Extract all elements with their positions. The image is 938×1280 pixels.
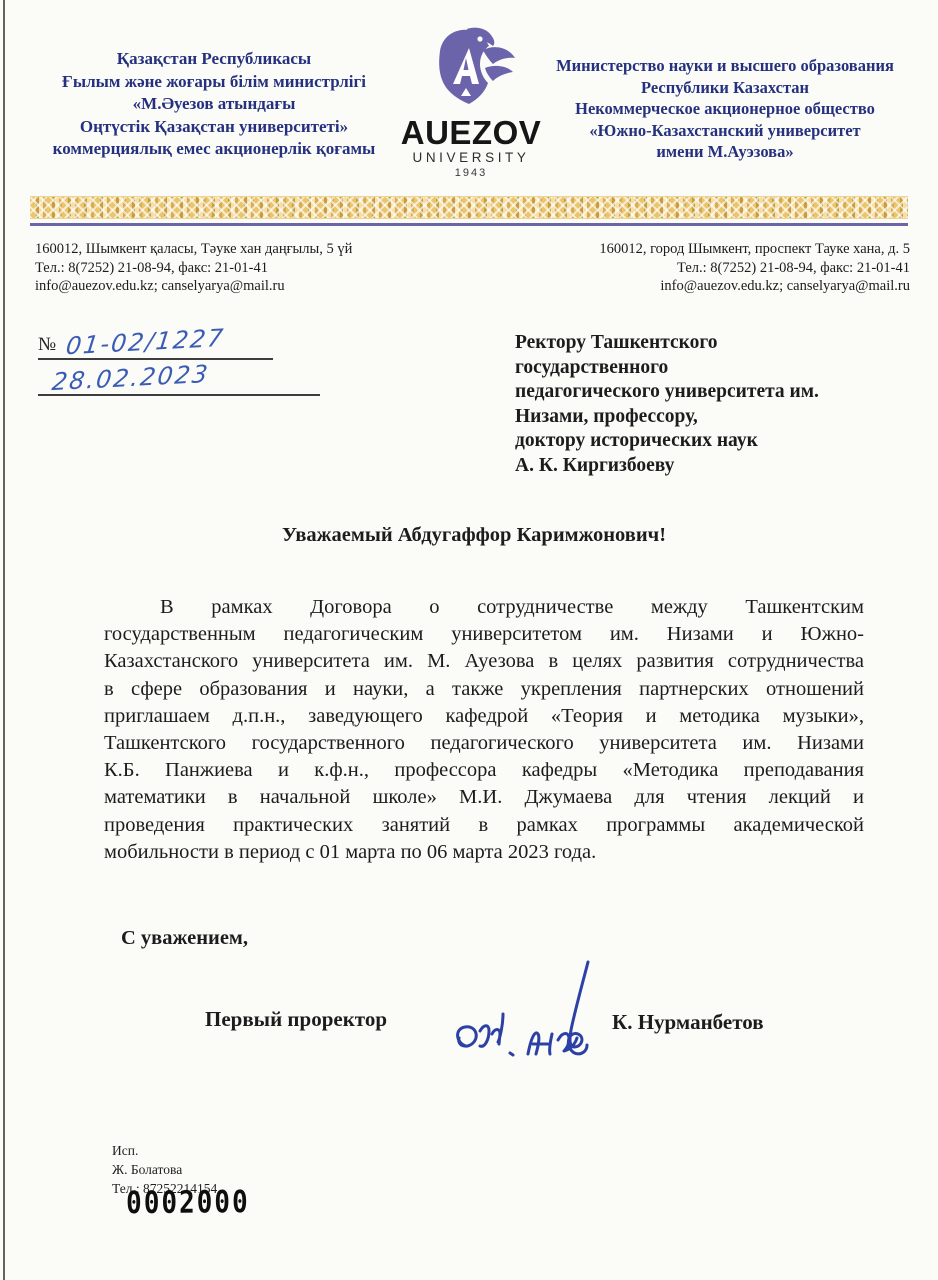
org-ru-line: имени М.Ауэзова»: [526, 141, 924, 163]
body-line: приглашаем д.п.н., заведующего кафедрой …: [104, 705, 864, 732]
org-kk-line: Қазақстан Республикасы: [28, 48, 400, 71]
closing-phrase: С уважением,: [121, 927, 248, 950]
body-line: в сфере образования и науки, а также укр…: [104, 678, 864, 705]
org-kk-line: Ғылым және жоғары білім министрлігі: [28, 71, 400, 94]
addr-kk-line: info@auezov.edu.kz; canselyarya@mail.ru: [35, 277, 455, 296]
letter-body: В рамках Договора о сотрудничестве между…: [104, 596, 864, 868]
org-ru-line: Министерство науки и высшего образования: [526, 55, 924, 77]
addr-ru-line: info@auezov.edu.kz; canselyarya@mail.ru: [490, 277, 910, 296]
org-kk-line: «М.Әуезов атындағы: [28, 93, 400, 116]
org-name-kazakh: Қазақстан Республикасы Ғылым және жоғары…: [28, 48, 400, 161]
handwritten-signature: [436, 956, 616, 1084]
org-ru-line: Республики Казахстан: [526, 77, 924, 99]
stamp-serial-number: 0002000: [126, 1185, 250, 1221]
scan-edge-artifact: [3, 0, 5, 1280]
org-kk-line: Оңтүстік Қазақстан университеті»: [28, 116, 400, 139]
recipient-line: государственного: [515, 356, 910, 381]
reference-block: № 01-02/1227 28.02.2023: [38, 328, 338, 396]
eagle-logo-icon: [423, 26, 519, 116]
signer-name: К. Нурманбетов: [612, 1010, 764, 1035]
purple-divider-rule: [30, 223, 908, 226]
org-ru-line: «Южно-Казахстанский университет: [526, 120, 924, 142]
logo-subtitle: UNIVERSITY: [396, 150, 546, 166]
org-ru-line: Некоммерческое акционерное общество: [526, 98, 924, 120]
recipient-line: педагогического университета им.: [515, 380, 910, 405]
executor-label: Исп.: [112, 1141, 217, 1160]
salutation: Уважаемый Абдугаффор Каримжонович!: [90, 524, 858, 547]
recipient-line: доктору исторических наук: [515, 429, 910, 454]
logo-year: 1943: [396, 166, 546, 180]
addr-ru-line: Тел.: 8(7252) 21-08-94, факс: 21-01-41: [490, 259, 910, 278]
reference-date-row: 28.02.2023: [38, 364, 320, 396]
logo-wordmark: AUEZOV: [396, 116, 546, 150]
recipient-block: Ректору Ташкентского государственного пе…: [515, 331, 910, 478]
contact-address-kazakh: 160012, Шымкент қаласы, Тәуке хан даңғыл…: [35, 240, 455, 296]
executor-name: Ж. Болатова: [112, 1160, 217, 1179]
body-line: Казахстанского университета им. М. Ауезо…: [104, 650, 864, 677]
body-line: проведения практических занятий в рамках…: [104, 814, 864, 841]
addr-kk-line: 160012, Шымкент қаласы, Тәуке хан даңғыл…: [35, 240, 455, 259]
recipient-line: Низами, профессору,: [515, 405, 910, 430]
body-line: математики в начальной школе» М.И. Джума…: [104, 786, 864, 813]
gold-ornament-band: [30, 196, 908, 219]
body-line: К.Б. Панжиева и к.ф.н., профессора кафед…: [104, 759, 864, 786]
recipient-line: А. К. Киргизбоеву: [515, 454, 910, 479]
addr-ru-line: 160012, город Шымкент, проспект Тауке ха…: [490, 240, 910, 259]
body-line: мобильности в период с 01 марта по 06 ма…: [104, 841, 864, 868]
addr-kk-line: Тел.: 8(7252) 21-08-94, факс: 21-01-41: [35, 259, 455, 278]
handwritten-date: 28.02.2023: [50, 360, 211, 396]
body-line: Ташкентского государственного педагогиче…: [104, 732, 864, 759]
handwritten-outgoing-number: 01-02/1227: [65, 324, 227, 361]
recipient-line: Ректору Ташкентского: [515, 331, 910, 356]
signer-title: Первый проректор: [205, 1007, 387, 1032]
letter-page: Қазақстан Республикасы Ғылым және жоғары…: [0, 0, 938, 1280]
body-line: государственным педагогическим университ…: [104, 623, 864, 650]
org-name-russian: Министерство науки и высшего образования…: [526, 55, 924, 163]
reference-number-row: № 01-02/1227: [38, 328, 273, 360]
contact-address-russian: 160012, город Шымкент, проспект Тауке ха…: [490, 240, 910, 296]
university-logo: AUEZOV UNIVERSITY 1943: [396, 26, 546, 180]
number-sign: №: [38, 334, 56, 356]
org-kk-line: коммерциялық емес акционерлік қоғамы: [28, 138, 400, 161]
body-line: В рамках Договора о сотрудничестве между…: [104, 596, 864, 623]
